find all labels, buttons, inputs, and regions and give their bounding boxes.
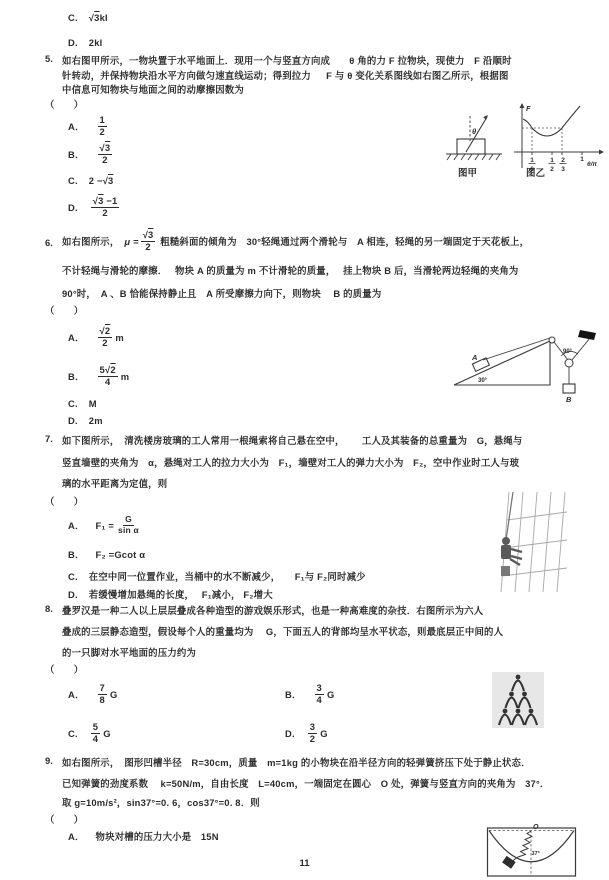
sqrt-radicand: 3 bbox=[108, 175, 113, 186]
question-5-number: 5. bbox=[45, 53, 53, 64]
option-text: 若缓慢增加悬绳的长度， F₁减小， F₂增大 bbox=[89, 587, 273, 601]
fraction-denominator: 2 bbox=[100, 155, 109, 166]
q6-option-b: B． 5√2 4 m bbox=[68, 365, 129, 388]
q6-option-a: A． √2 2 m bbox=[68, 326, 124, 349]
question-8-line1: 叠罗汉是一种二人以上层层叠成各种造型的游戏娱乐形式，也是一种高难度的杂技．右图所… bbox=[62, 603, 483, 617]
question-5-line3: 中信息可知物块与地面之间的动摩擦因数为 bbox=[62, 82, 244, 96]
tick-2-3-den: 3 bbox=[561, 166, 565, 173]
option-label: B． bbox=[285, 687, 302, 701]
sqrt-radicand: 3 bbox=[105, 142, 110, 153]
bucket bbox=[501, 566, 510, 576]
question-7-number: 7. bbox=[45, 433, 53, 444]
f-theta-curve bbox=[523, 106, 580, 136]
q5-figure-jia: θ bbox=[443, 110, 505, 166]
question-5-line1: 如右图甲所示，一物块置于水平地面上．现用一个与竖直方向成 θ 角的力 F 拉物块… bbox=[62, 53, 512, 67]
question-9-line3: 取 g=10m/s²，sin37°=0. 6，cos37°=0. 8．则 bbox=[62, 795, 260, 809]
formula: 2 −√3 bbox=[89, 175, 114, 186]
question-8-line3: 的一只脚对水平地面的压力约为 bbox=[62, 645, 196, 659]
sqrt-radicand: 2 bbox=[110, 364, 115, 375]
formula: 2kl bbox=[89, 37, 103, 48]
formula-suffix: m bbox=[115, 332, 124, 343]
question-6-line1: 如右图所示， μ =√32 粗糙斜面的倾角为 30°轻绳通过两个滑轮与 A 相连… bbox=[62, 230, 529, 253]
question-8-line2: 叠成的三层静态造型，假设每个人的重量均为 G，下面五人的背部均呈水平状态，则最底… bbox=[62, 624, 503, 638]
q5-option-c: C. 2 −√3 bbox=[68, 175, 113, 186]
worker-limbs bbox=[510, 549, 522, 565]
option-label: D. bbox=[285, 728, 295, 739]
ceiling-mount bbox=[578, 330, 596, 340]
tick-1-6-num: 1 bbox=[530, 157, 534, 164]
exam-page: C. √3kl D. 2kl 5. 如右图甲所示，一物块置于水平地面上．现用一个… bbox=[0, 0, 609, 880]
formula-suffix: G bbox=[103, 728, 111, 739]
formula-suffix: m bbox=[121, 371, 130, 382]
q7-option-d: D. 若缓慢增加悬绳的长度， F₁减小， F₂增大 bbox=[68, 587, 273, 601]
fraction: 3 4 bbox=[315, 683, 324, 706]
pulley-lower bbox=[565, 359, 573, 367]
angle-30-label: 30° bbox=[478, 378, 488, 384]
q8-option-b: B． 3 4 G bbox=[285, 683, 334, 706]
option-label: C. bbox=[68, 398, 78, 409]
question-6-line2: 不计轻绳与滑轮的摩擦． 物块 A 的质量为 m 不计滑轮的质量， 挂上物块 B … bbox=[62, 263, 518, 277]
option-label: A． bbox=[68, 330, 85, 344]
option-label: B． bbox=[68, 147, 85, 161]
fraction: 7 8 bbox=[98, 683, 107, 706]
fraction: 1 2 bbox=[98, 115, 107, 138]
sqrt-radicand: 2 bbox=[105, 325, 110, 336]
ground-hatching bbox=[447, 154, 500, 160]
option-label: A． bbox=[68, 518, 85, 532]
question-7-line3: 璃的水平距离为定值，则 bbox=[62, 476, 167, 490]
q7-option-b: B． F₂ =Gcot α bbox=[68, 547, 145, 561]
tick-1: 1 bbox=[580, 156, 584, 163]
fraction-denominator: 2 bbox=[308, 734, 317, 745]
block-b-label: B bbox=[566, 395, 572, 403]
fraction-denominator: 4 bbox=[315, 695, 324, 706]
option-label: B． bbox=[68, 369, 85, 383]
fraction-denominator: 4 bbox=[91, 734, 100, 745]
option-label: D. bbox=[68, 202, 78, 213]
q6-figure: 30° A 90° B bbox=[450, 327, 598, 403]
incline bbox=[454, 341, 550, 385]
dashed-guides bbox=[522, 128, 562, 152]
angle-37-label: 37° bbox=[532, 851, 540, 857]
formula-text: F₁ = bbox=[96, 520, 114, 531]
x-axis-label: θ/π bbox=[587, 161, 597, 168]
sqrt-radicand: 3 bbox=[148, 229, 153, 240]
tick-1-2-num: 1 bbox=[550, 157, 554, 164]
question-9-paren: （ ） bbox=[45, 812, 83, 826]
q7-figure bbox=[489, 492, 567, 592]
question-7-paren: （ ） bbox=[45, 494, 83, 508]
worker bbox=[501, 537, 511, 559]
fraction-denominator: 2 bbox=[143, 242, 152, 253]
option-text: 物块对槽的压力大小是 15N bbox=[96, 829, 219, 843]
fraction-denominator: sin α bbox=[116, 526, 141, 536]
question-7-line1: 如下图所示， 清洗楼房玻璃的工人常用一根绳索将自己悬在空中， 工人及其装备的总重… bbox=[62, 433, 523, 447]
formula-suffix: G bbox=[320, 728, 328, 739]
q6-option-d: D. 2m bbox=[68, 415, 103, 426]
prev-option-c: C. √3kl bbox=[68, 12, 108, 23]
option-label: A． bbox=[68, 119, 85, 133]
question-text: 粗糙斜面的倾角为 30°轻绳通过两个滑轮与 A 相连，轻绳的另一端固定于天花板上… bbox=[157, 234, 529, 248]
figure-jia-caption: 图甲 bbox=[458, 165, 477, 179]
option-label: C. bbox=[68, 571, 78, 582]
figure-yi-caption: 图乙 bbox=[526, 165, 545, 179]
question-6-number: 6. bbox=[45, 237, 53, 248]
fraction: √3 2 bbox=[98, 143, 113, 166]
block-a-label: A bbox=[471, 353, 477, 362]
question-5-paren: （ ） bbox=[45, 97, 83, 111]
y-axis-arrow bbox=[520, 103, 525, 108]
formula: √3kl bbox=[89, 12, 108, 23]
fraction: G sin α bbox=[116, 515, 141, 536]
fraction-denominator: 2 bbox=[98, 127, 107, 138]
question-8-paren: （ ） bbox=[45, 662, 83, 676]
question-9-line2: 已知弹簧的劲度系数 k=50N/m，自由长度 L=40cm，一端固定在圆心 O … bbox=[62, 776, 550, 790]
option-label: C. bbox=[68, 175, 78, 186]
question-9-number: 9. bbox=[45, 755, 53, 766]
option-label: B． bbox=[68, 547, 85, 561]
q5-option-d: D. √3 −1 2 bbox=[68, 196, 121, 219]
fraction: √2 2 bbox=[98, 326, 113, 349]
option-label: C. bbox=[68, 12, 78, 23]
tick-2-3-num: 2 bbox=[561, 157, 565, 164]
question-text: 如右图所示， bbox=[62, 234, 124, 248]
spring bbox=[513, 831, 532, 861]
option-text: 在空中同一位置作业，当桶中的水不断减少， F₁与 F₂同时减少 bbox=[89, 569, 366, 583]
fraction: √32 bbox=[141, 230, 156, 253]
q8-option-a: A． 7 8 G bbox=[68, 683, 117, 706]
tick-1-2-den: 2 bbox=[550, 166, 554, 173]
page-number: 11 bbox=[0, 858, 609, 869]
prev-option-d: D. 2kl bbox=[68, 37, 102, 48]
x-axis-arrow bbox=[599, 150, 604, 155]
fraction: √3 −1 2 bbox=[91, 196, 120, 219]
formula: M bbox=[89, 398, 97, 409]
fraction-denominator: 2 bbox=[100, 208, 109, 219]
formula-suffix: G bbox=[110, 689, 118, 700]
question-8-number: 8. bbox=[45, 603, 53, 614]
question-9-line1: 如右图所示， 图形凹槽半径 R=30cm，质量 m=1kg 的小物块在沿半径方向… bbox=[62, 755, 531, 769]
angle-90-label: 90° bbox=[563, 349, 573, 355]
q8-figure bbox=[492, 672, 544, 728]
rope-to-ceiling bbox=[572, 338, 590, 360]
q8-option-d: D. 3 2 G bbox=[285, 722, 328, 745]
q9-figure: O 37° bbox=[486, 821, 578, 879]
option-label: C. bbox=[68, 728, 78, 739]
question-5-line2: 针转动，并保持物块沿水平方向做匀速直线运动；得到拉力 F 与 θ 变化关系图线如… bbox=[62, 68, 509, 82]
q8-option-c: C. 5 4 G bbox=[68, 722, 111, 745]
fraction: 3 2 bbox=[308, 722, 317, 745]
f-axis-label: F bbox=[526, 104, 531, 113]
formula-tail: kl bbox=[100, 12, 108, 23]
formula-text: 2 − bbox=[89, 175, 103, 186]
fraction-denominator: 4 bbox=[103, 377, 112, 388]
option-label: A． bbox=[68, 829, 85, 843]
option-label: A． bbox=[68, 687, 85, 701]
q7-option-c: C. 在空中同一位置作业，当桶中的水不断减少， F₁与 F₂同时减少 bbox=[68, 569, 366, 583]
q5-option-b: B． √3 2 bbox=[68, 143, 114, 166]
fraction-denominator: 2 bbox=[100, 338, 109, 349]
human-pyramid bbox=[499, 675, 537, 725]
question-6-line3: 90°时， A 、B 恰能保持静止且 A 所受摩擦力向下，则物块 B 的质量为 bbox=[62, 286, 381, 300]
q6-option-c: C. M bbox=[68, 398, 97, 409]
fraction-denominator: 8 bbox=[98, 695, 107, 706]
q5-option-a: A． 1 2 bbox=[68, 115, 109, 138]
formula-text: −1 bbox=[104, 195, 118, 206]
block bbox=[457, 139, 485, 154]
q5-figure-yi: F θ/π 1 6 1 2 2 3 1 bbox=[508, 100, 608, 174]
question-7-line2: 竖直墙壁的夹角为 α，悬绳对工人的拉力大小为 F₁，墙壁对工人的弹力大小为 F₂… bbox=[62, 455, 519, 469]
fraction: 5√2 4 bbox=[98, 365, 118, 388]
option-label: D. bbox=[68, 589, 78, 600]
option-label: D. bbox=[68, 415, 78, 426]
center-o-label: O bbox=[533, 824, 539, 831]
mu-symbol: μ = bbox=[124, 236, 138, 247]
question-6-paren: （ ） bbox=[45, 303, 83, 317]
formula: F₂ =Gcot α bbox=[96, 549, 146, 560]
q9-option-a: A． 物块对槽的压力大小是 15N bbox=[68, 829, 219, 843]
formula-suffix: G bbox=[327, 689, 335, 700]
block-b bbox=[563, 384, 575, 393]
fraction: 5 4 bbox=[91, 722, 100, 745]
formula: 2m bbox=[89, 415, 103, 426]
option-label: D. bbox=[68, 37, 78, 48]
q7-option-a: A． F₁ = G sin α bbox=[68, 515, 143, 536]
